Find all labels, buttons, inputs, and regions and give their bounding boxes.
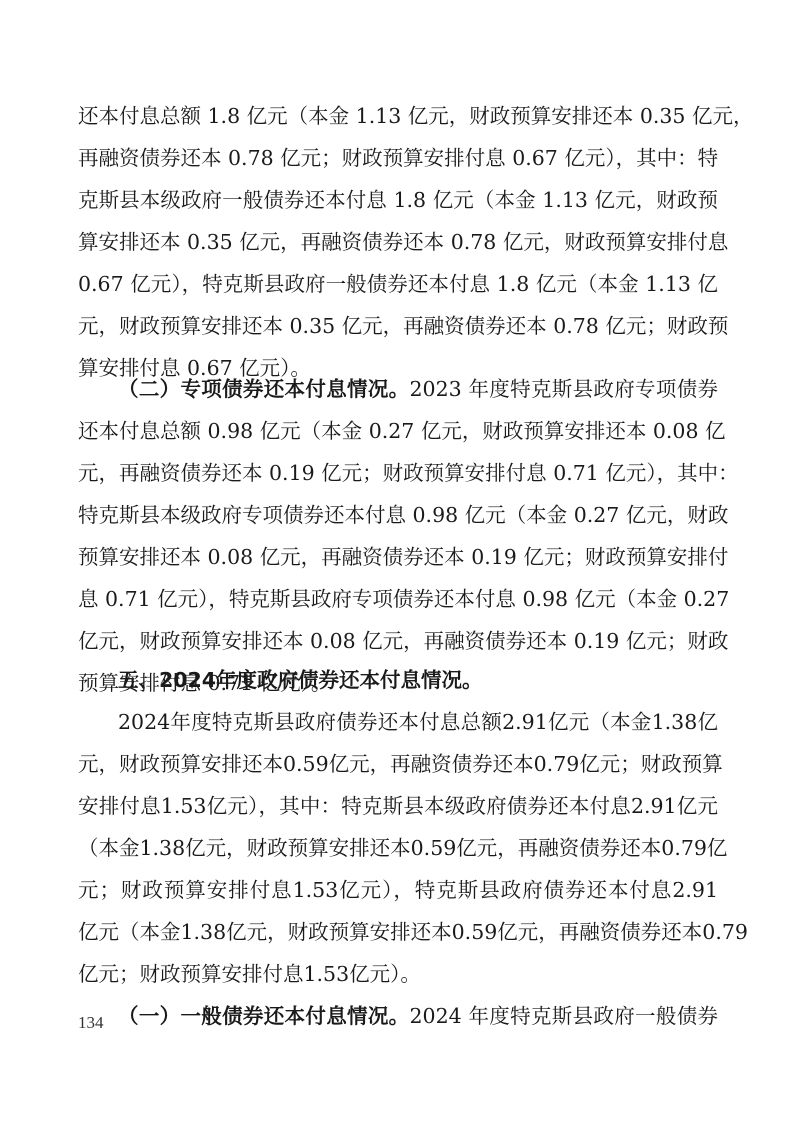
general-bonds-intro: 2024 年度特克斯县政府一般债券 [409, 1004, 718, 1028]
general-bonds-heading: （一）一般债券还本付息情况。 [118, 1004, 409, 1028]
paragraph-line: 息 0.71 亿元），特克斯县政府专项债券还本付息 0.98 亿元（本金 0.2… [78, 579, 718, 619]
special-bonds-heading: （二）专项债券还本付息情况。 [118, 377, 409, 401]
paragraph-line: 特克斯县本级政府专项债券还本付息 0.98 亿元（本金 0.27 亿元，财政 [78, 495, 718, 535]
special-bonds-intro: 2023 年度特克斯县政府专项债券 [409, 377, 718, 401]
paragraph-line: 预算安排还本 0.08 亿元，再融资债券还本 0.19 亿元；财政预算安排付 [78, 537, 718, 577]
paragraph-line: 还本付息总额 1.8 亿元（本金 1.13 亿元，财政预算安排还本 0.35 亿… [78, 96, 718, 136]
document-page: 还本付息总额 1.8 亿元（本金 1.13 亿元，财政预算安排还本 0.35 亿… [0, 0, 793, 1122]
paragraph-line: 还本付息总额 0.98 亿元（本金 0.27 亿元，财政预算安排还本 0.08 … [78, 411, 718, 451]
paragraph-line: 元，再融资债券还本 0.19 亿元；财政预算安排付息 0.71 亿元），其中： [78, 453, 718, 493]
paragraph-line: 元，财政预算安排还本 0.35 亿元，再融资债券还本 0.78 亿元；财政预 [78, 306, 718, 346]
special-bonds-first-line: （二）专项债券还本付息情况。2023 年度特克斯县政府专项债券 [118, 369, 718, 409]
paragraph-line: 克斯县本级政府一般债券还本付息 1.8 亿元（本金 1.13 亿元，财政预 [78, 180, 718, 220]
paragraph-line: 元；财政预算安排付息1.53亿元），特克斯县政府债券还本付息2.91 [78, 870, 718, 910]
paragraph-line: 亿元，财政预算安排还本 0.08 亿元，再融资债券还本 0.19 亿元；财政 [78, 621, 718, 661]
general-bonds-first-line: （一）一般债券还本付息情况。2024 年度特克斯县政府一般债券 [118, 996, 718, 1036]
paragraph-line: 2024年度特克斯县政府债券还本付息总额2.91亿元（本金1.38亿 [118, 702, 718, 742]
paragraph-line: 元，财政预算安排还本0.59亿元，再融资债券还本0.79亿元；财政预算 [78, 744, 718, 784]
paragraph-line: 再融资债券还本 0.78 亿元；财政预算安排付息 0.67 亿元），其中：特 [78, 138, 718, 178]
paragraph-line: 算安排还本 0.35 亿元，再融资债券还本 0.78 亿元，财政预算安排付息 [78, 222, 718, 262]
paragraph-line: 亿元；财政预算安排付息1.53亿元）。 [78, 954, 718, 994]
paragraph-line: 安排付息1.53亿元），其中：特克斯县本级政府债券还本付息2.91亿元 [78, 786, 718, 826]
page-number: 134 [78, 1013, 104, 1033]
paragraph-line: 亿元（本金1.38亿元，财政预算安排还本0.59亿元，再融资债券还本0.79 [78, 912, 718, 952]
paragraph-line: （本金1.38亿元，财政预算安排还本0.59亿元，再融资债券还本0.79亿 [78, 828, 718, 868]
paragraph-line: 0.67 亿元），特克斯县政府一般债券还本付息 1.8 亿元（本金 1.13 亿 [78, 264, 718, 304]
section-heading: 五、2024年度政府债券还本付息情况。 [118, 660, 718, 700]
